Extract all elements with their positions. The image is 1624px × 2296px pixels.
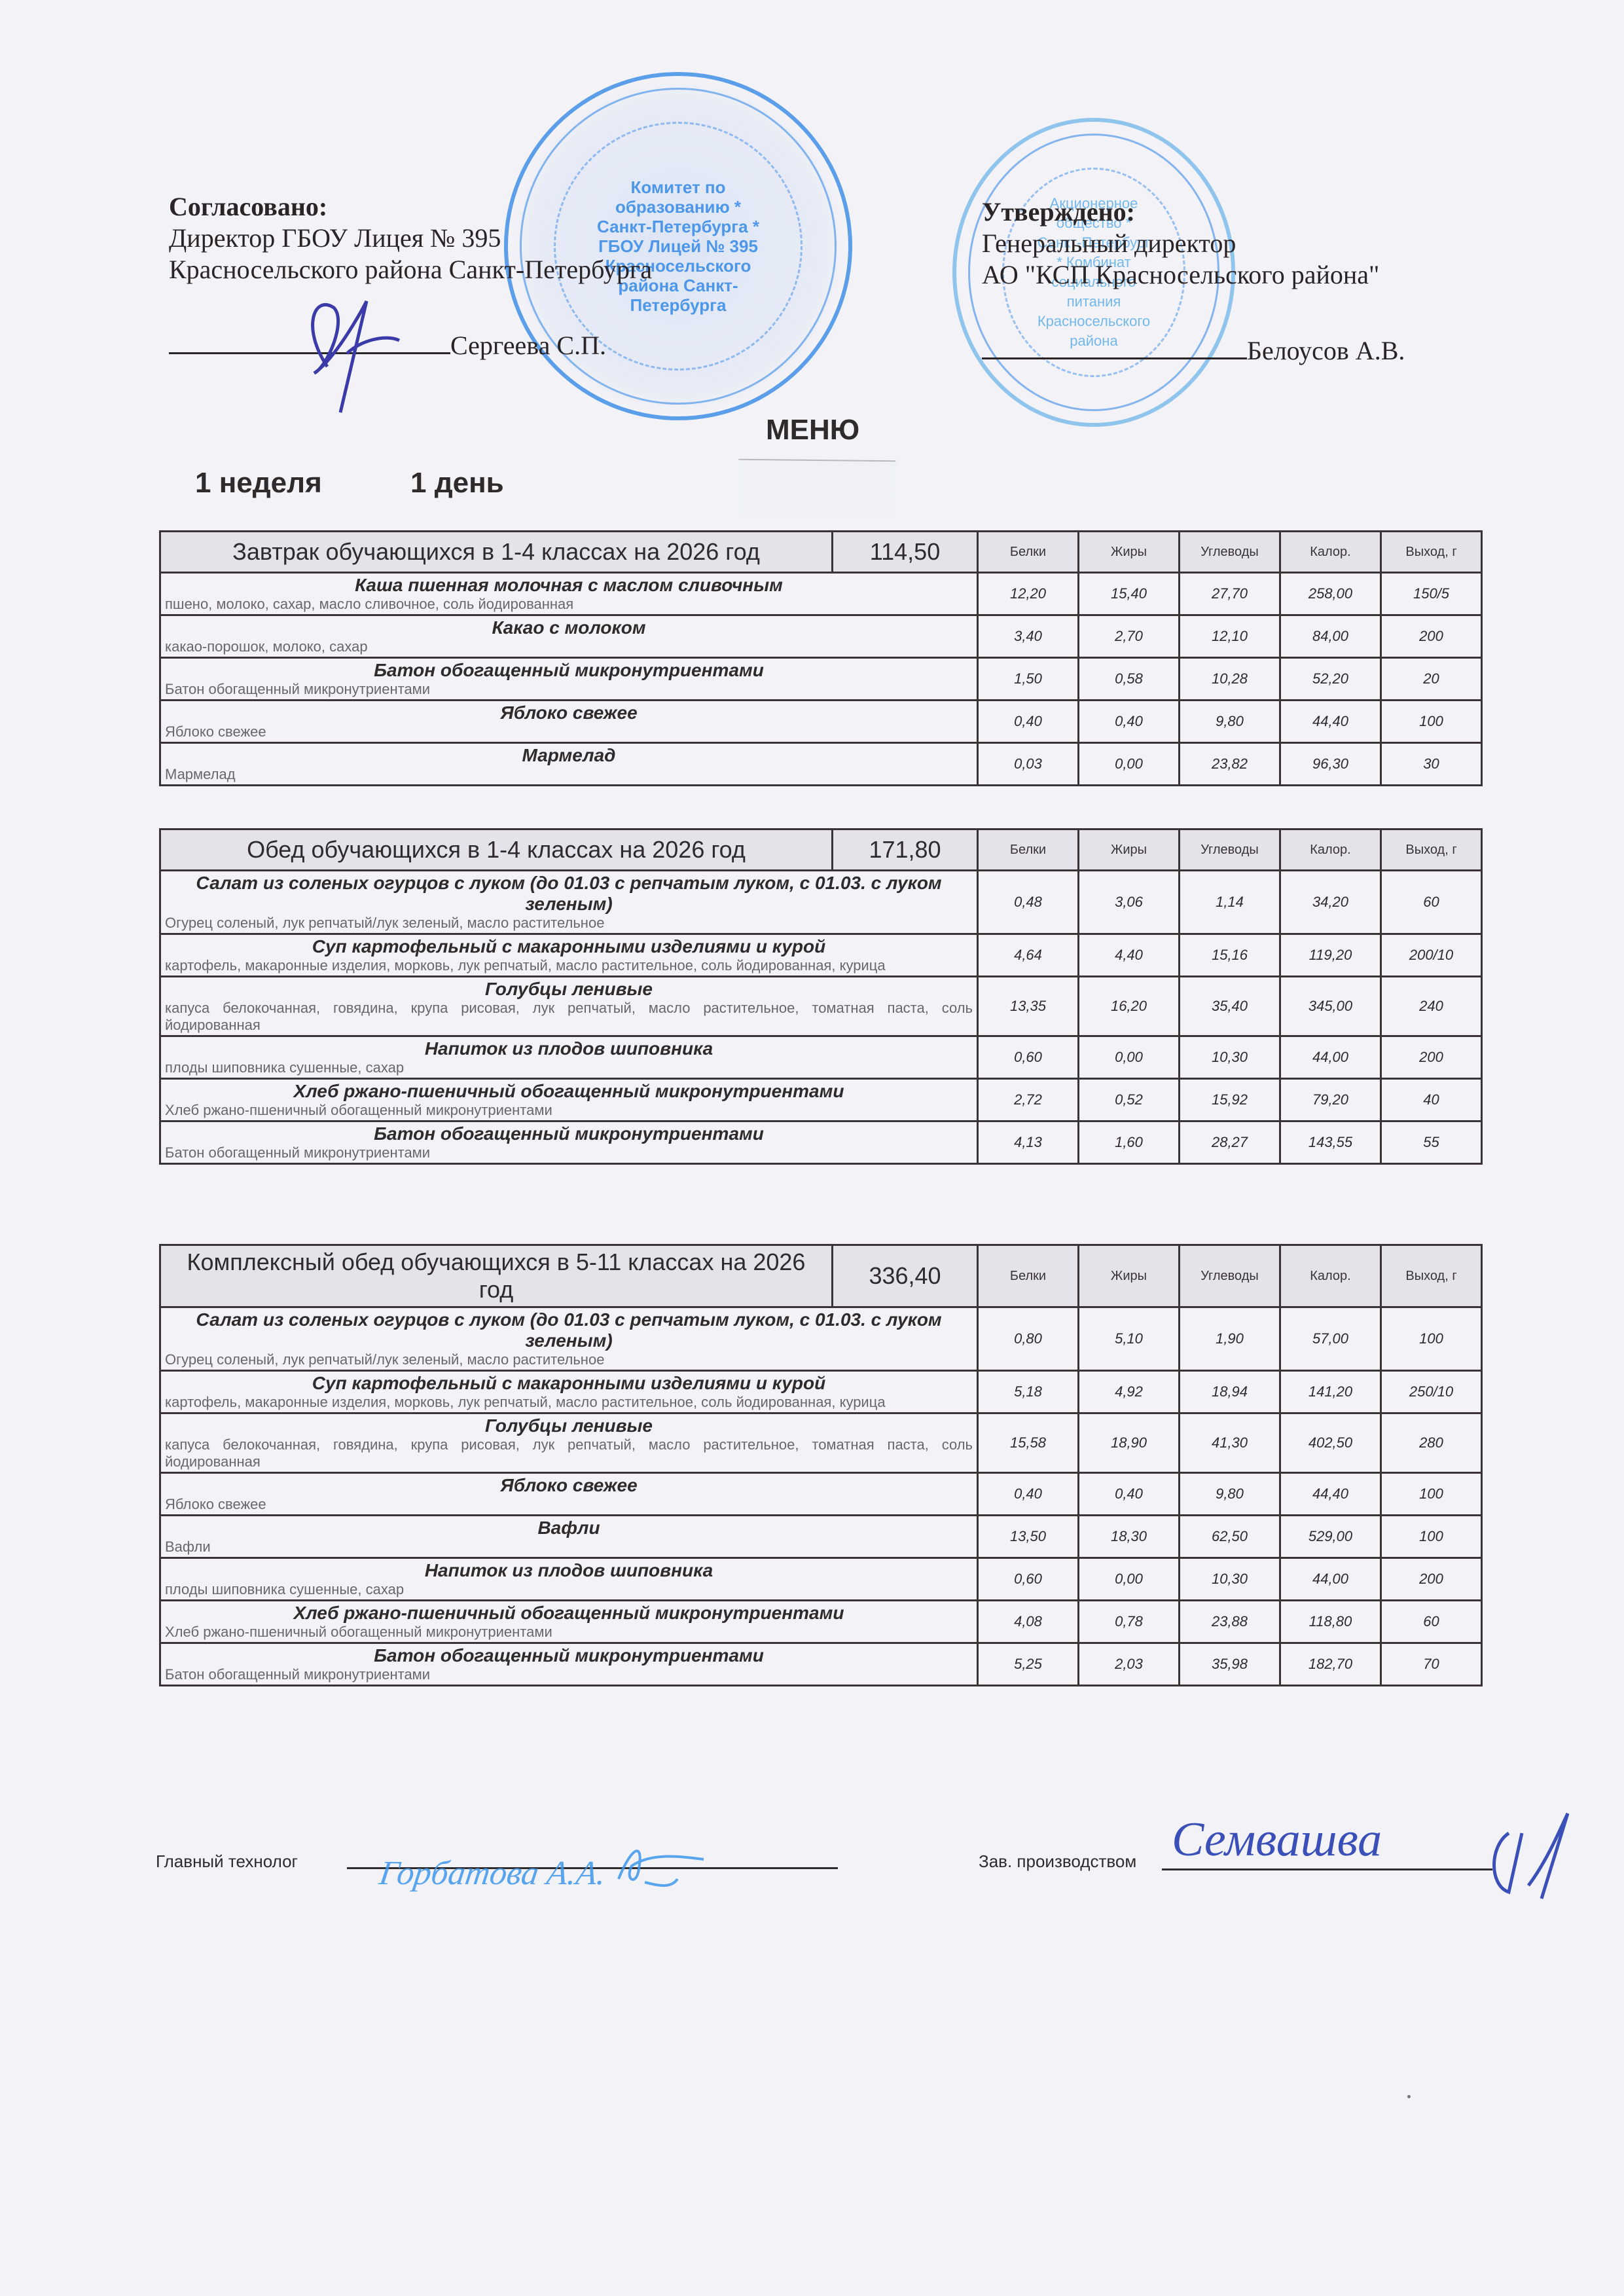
dish-kcal: 44,00 (1280, 1558, 1381, 1601)
dish-cell: Салат из соленых огурцов с луком (до 01.… (160, 871, 978, 934)
meal-price: 171,80 (833, 829, 978, 871)
dish-name: Батон обогащенный микронутриентами (165, 1123, 973, 1144)
dish-protein: 5,25 (978, 1643, 1079, 1686)
dish-fat: 5,10 (1079, 1307, 1180, 1371)
dish-carbs: 9,80 (1180, 1473, 1280, 1516)
dish-fat: 0,40 (1079, 701, 1180, 743)
column-header: Белки (978, 532, 1079, 573)
dish-ingredients: плоды шиповника сушенные, сахар (165, 1059, 973, 1076)
approval-left-position: Директор ГБОУ Лицея № 395 (169, 223, 652, 254)
dish-row: Батон обогащенный микронутриентамиБатон … (160, 1643, 1482, 1686)
dish-kcal: 402,50 (1280, 1413, 1381, 1473)
meal-table-breakfast: Завтрак обучающихся в 1-4 классах на 202… (159, 530, 1483, 786)
dish-fat: 4,92 (1079, 1371, 1180, 1413)
dish-ingredients: капуса белокочанная, говядина, крупа рис… (165, 1000, 973, 1034)
dish-name: Хлеб ржано-пшеничный обогащенный микрону… (165, 1081, 973, 1102)
dish-cell: Напиток из плодов шиповникаплоды шиповни… (160, 1558, 978, 1601)
approval-right-heading: Утверждено: (982, 196, 1405, 228)
dish-protein: 2,72 (978, 1079, 1079, 1121)
dish-cell: ВафлиВафли (160, 1516, 978, 1558)
dish-name: Батон обогащенный микронутриентами (165, 660, 973, 681)
dish-fat: 18,30 (1079, 1516, 1180, 1558)
dish-kcal: 44,40 (1280, 701, 1381, 743)
dish-cell: Яблоко свежееЯблоко свежее (160, 701, 978, 743)
dish-protein: 0,03 (978, 743, 1079, 786)
dish-yield: 200 (1381, 1558, 1482, 1601)
meal-price: 336,40 (833, 1245, 978, 1307)
dish-ingredients: Вафли (165, 1539, 973, 1556)
approval-left-organization: Красносельского района Санкт-Петербурга (169, 254, 652, 285)
dish-kcal: 143,55 (1280, 1121, 1381, 1164)
dish-yield: 200 (1381, 1036, 1482, 1079)
meal-header-row: Комплексный обед обучающихся в 5-11 клас… (160, 1245, 1482, 1307)
dish-cell: Батон обогащенный микронутриентамиБатон … (160, 1643, 978, 1686)
dish-name: Хлеб ржано-пшеничный обогащенный микрону… (165, 1603, 973, 1624)
dish-protein: 13,50 (978, 1516, 1079, 1558)
dish-row: Суп картофельный с макаронными изделиями… (160, 934, 1482, 977)
dish-kcal: 141,20 (1280, 1371, 1381, 1413)
scan-speck (1407, 2095, 1411, 2098)
dish-ingredients: Яблоко свежее (165, 1496, 973, 1513)
dish-row: Салат из соленых огурцов с луком (до 01.… (160, 1307, 1482, 1371)
approval-right-position: Генеральный директор (982, 228, 1405, 259)
dish-carbs: 1,90 (1180, 1307, 1280, 1371)
dish-carbs: 1,14 (1180, 871, 1280, 934)
column-header: Выход, г (1381, 532, 1482, 573)
dish-protein: 0,60 (978, 1036, 1079, 1079)
dish-ingredients: Батон обогащенный микронутриентами (165, 1666, 973, 1683)
dish-row: Хлеб ржано-пшеничный обогащенный микрону… (160, 1079, 1482, 1121)
chief-technologist-name-stamp: Горбатова А.А. (377, 1854, 609, 1893)
dish-cell: Голубцы ленивыекапуса белокочанная, говя… (160, 1413, 978, 1473)
dish-row: Хлеб ржано-пшеничный обогащенный микрону… (160, 1601, 1482, 1643)
approval-left-heading: Согласовано: (169, 191, 652, 223)
dish-ingredients: Огурец соленый, лук репчатый/лук зеленый… (165, 915, 973, 932)
column-header: Жиры (1079, 829, 1180, 871)
day-label: 1 день (410, 467, 504, 500)
dish-protein: 13,35 (978, 977, 1079, 1036)
dish-fat: 0,40 (1079, 1473, 1180, 1516)
dish-row: Каша пшенная молочная с маслом сливочным… (160, 573, 1482, 615)
dish-kcal: 182,70 (1280, 1643, 1381, 1686)
meal-header-row: Завтрак обучающихся в 1-4 классах на 202… (160, 532, 1482, 573)
dish-kcal: 96,30 (1280, 743, 1381, 786)
dish-kcal: 258,00 (1280, 573, 1381, 615)
dish-cell: Яблоко свежееЯблоко свежее (160, 1473, 978, 1516)
dish-protein: 0,48 (978, 871, 1079, 934)
dish-name: Голубцы ленивые (165, 979, 973, 1000)
column-header: Жиры (1079, 532, 1180, 573)
dish-ingredients: картофель, макаронные изделия, морковь, … (165, 1394, 973, 1411)
dish-name: Вафли (165, 1518, 973, 1539)
week-label: 1 неделя (195, 467, 322, 500)
dish-kcal: 84,00 (1280, 615, 1381, 658)
approval-block-left: Согласовано: Директор ГБОУ Лицея № 395 К… (169, 191, 652, 361)
dish-fat: 16,20 (1079, 977, 1180, 1036)
dish-yield: 60 (1381, 871, 1482, 934)
dish-row: Голубцы ленивыекапуса белокочанная, говя… (160, 1413, 1482, 1473)
approval-left-signatory: Сергеева С.П. (450, 331, 606, 360)
dish-protein: 3,40 (978, 615, 1079, 658)
dish-name: Батон обогащенный микронутриентами (165, 1645, 973, 1666)
dish-ingredients: Яблоко свежее (165, 723, 973, 740)
meal-header-row: Обед обучающихся в 1-4 классах на 2026 г… (160, 829, 1482, 871)
dish-carbs: 28,27 (1180, 1121, 1280, 1164)
dish-kcal: 345,00 (1280, 977, 1381, 1036)
dish-yield: 55 (1381, 1121, 1482, 1164)
dish-yield: 200/10 (1381, 934, 1482, 977)
dish-name: Яблоко свежее (165, 1475, 973, 1496)
dish-fat: 0,00 (1079, 743, 1180, 786)
dish-yield: 280 (1381, 1413, 1482, 1473)
meal-title: Завтрак обучающихся в 1-4 классах на 202… (160, 532, 833, 573)
dish-name: Суп картофельный с макаронными изделиями… (165, 1373, 973, 1394)
column-header: Калор. (1280, 1245, 1381, 1307)
dish-name: Каша пшенная молочная с маслом сливочным (165, 575, 973, 596)
dish-cell: Батон обогащенный микронутриентамиБатон … (160, 658, 978, 701)
dish-fat: 2,70 (1079, 615, 1180, 658)
dish-row: Суп картофельный с макаронными изделиями… (160, 1371, 1482, 1413)
column-header: Выход, г (1381, 1245, 1482, 1307)
dish-ingredients: плоды шиповника сушенные, сахар (165, 1581, 973, 1598)
dish-cell: Какао с молокомкакао-порошок, молоко, са… (160, 615, 978, 658)
production-head-label: Зав. производством (979, 1851, 1136, 1872)
dish-yield: 100 (1381, 1516, 1482, 1558)
dish-kcal: 119,20 (1280, 934, 1381, 977)
dish-fat: 18,90 (1079, 1413, 1180, 1473)
dish-row: Яблоко свежееЯблоко свежее0,400,409,8044… (160, 701, 1482, 743)
dish-protein: 0,80 (978, 1307, 1079, 1371)
dish-row: Напиток из плодов шиповникаплоды шиповни… (160, 1036, 1482, 1079)
dish-row: Яблоко свежееЯблоко свежее0,400,409,8044… (160, 1473, 1482, 1516)
chief-technologist-label: Главный технолог (156, 1851, 298, 1872)
dish-carbs: 18,94 (1180, 1371, 1280, 1413)
dish-kcal: 57,00 (1280, 1307, 1381, 1371)
production-head-initials-icon (1483, 1807, 1574, 1905)
production-head-signature-line (1162, 1868, 1492, 1870)
dish-row: Напиток из плодов шиповникаплоды шиповни… (160, 1558, 1482, 1601)
dish-name: Какао с молоком (165, 617, 973, 638)
dish-protein: 12,20 (978, 573, 1079, 615)
dish-fat: 0,52 (1079, 1079, 1180, 1121)
column-header: Углеводы (1180, 532, 1280, 573)
dish-cell: Суп картофельный с макаронными изделиями… (160, 1371, 978, 1413)
dish-yield: 100 (1381, 1307, 1482, 1371)
dish-kcal: 52,20 (1280, 658, 1381, 701)
dish-ingredients: картофель, макаронные изделия, морковь, … (165, 957, 973, 974)
dish-ingredients: Мармелад (165, 766, 973, 783)
dish-carbs: 12,10 (1180, 615, 1280, 658)
dish-yield: 250/10 (1381, 1371, 1482, 1413)
dish-protein: 4,13 (978, 1121, 1079, 1164)
dish-fat: 3,06 (1079, 871, 1180, 934)
dish-yield: 240 (1381, 977, 1482, 1036)
dish-name: Мармелад (165, 745, 973, 766)
dish-kcal: 79,20 (1280, 1079, 1381, 1121)
dish-carbs: 10,28 (1180, 658, 1280, 701)
approval-right-signatory: Белоусов А.В. (1247, 336, 1405, 365)
dish-protein: 4,64 (978, 934, 1079, 977)
dish-row: Батон обогащенный микронутриентамиБатон … (160, 658, 1482, 701)
dish-cell: Каша пшенная молочная с маслом сливочным… (160, 573, 978, 615)
column-header: Белки (978, 829, 1079, 871)
column-header: Жиры (1079, 1245, 1180, 1307)
chief-technologist-signature-icon (605, 1833, 710, 1892)
dish-ingredients: капуса белокочанная, говядина, крупа рис… (165, 1436, 973, 1470)
meal-price: 114,50 (833, 532, 978, 573)
dish-cell: МармеладМармелад (160, 743, 978, 786)
column-header: Углеводы (1180, 829, 1280, 871)
dish-carbs: 62,50 (1180, 1516, 1280, 1558)
dish-name: Салат из соленых огурцов с луком (до 01.… (165, 1309, 973, 1351)
dish-row: Салат из соленых огурцов с луком (до 01.… (160, 871, 1482, 934)
dish-yield: 100 (1381, 1473, 1482, 1516)
dish-name: Суп картофельный с макаронными изделиями… (165, 936, 973, 957)
dish-cell: Хлеб ржано-пшеничный обогащенный микрону… (160, 1079, 978, 1121)
dish-carbs: 27,70 (1180, 573, 1280, 615)
dish-ingredients: какао-порошок, молоко, сахар (165, 638, 973, 655)
dish-protein: 15,58 (978, 1413, 1079, 1473)
page-title: МЕНЮ (766, 414, 859, 446)
dish-row: Голубцы ленивыекапуса белокочанная, говя… (160, 977, 1482, 1036)
dish-name: Голубцы ленивые (165, 1415, 973, 1436)
dish-row: Батон обогащенный микронутриентамиБатон … (160, 1121, 1482, 1164)
dish-yield: 200 (1381, 615, 1482, 658)
dish-yield: 60 (1381, 1601, 1482, 1643)
dish-carbs: 15,16 (1180, 934, 1280, 977)
dish-fat: 0,00 (1079, 1558, 1180, 1601)
meal-title: Обед обучающихся в 1-4 классах на 2026 г… (160, 829, 833, 871)
dish-kcal: 529,00 (1280, 1516, 1381, 1558)
dish-cell: Суп картофельный с макаронными изделиями… (160, 934, 978, 977)
dish-yield: 20 (1381, 658, 1482, 701)
dish-row: Какао с молокомкакао-порошок, молоко, са… (160, 615, 1482, 658)
dish-fat: 1,60 (1079, 1121, 1180, 1164)
dish-ingredients: Хлеб ржано-пшеничный обогащенный микрону… (165, 1102, 973, 1119)
column-header: Выход, г (1381, 829, 1482, 871)
production-head-signature: Семвашва (1172, 1812, 1382, 1868)
dish-carbs: 35,98 (1180, 1643, 1280, 1686)
dish-kcal: 34,20 (1280, 871, 1381, 934)
dish-carbs: 23,88 (1180, 1601, 1280, 1643)
dish-yield: 40 (1381, 1079, 1482, 1121)
dish-fat: 0,58 (1079, 658, 1180, 701)
dish-cell: Голубцы ленивыекапуса белокочанная, говя… (160, 977, 978, 1036)
dish-carbs: 41,30 (1180, 1413, 1280, 1473)
column-header: Калор. (1280, 532, 1381, 573)
dish-ingredients: Огурец соленый, лук репчатый/лук зеленый… (165, 1351, 973, 1368)
dish-protein: 0,40 (978, 1473, 1079, 1516)
dish-row: МармеладМармелад0,030,0023,8296,3030 (160, 743, 1482, 786)
dish-carbs: 10,30 (1180, 1558, 1280, 1601)
dish-fat: 4,40 (1079, 934, 1180, 977)
dish-kcal: 44,00 (1280, 1036, 1381, 1079)
dish-cell: Хлеб ржано-пшеничный обогащенный микрону… (160, 1601, 978, 1643)
dish-protein: 0,40 (978, 701, 1079, 743)
dish-yield: 70 (1381, 1643, 1482, 1686)
dish-fat: 2,03 (1079, 1643, 1180, 1686)
dish-ingredients: Хлеб ржано-пшеничный обогащенный микрону… (165, 1624, 973, 1641)
dish-yield: 30 (1381, 743, 1482, 786)
dish-fat: 15,40 (1079, 573, 1180, 615)
dish-kcal: 44,40 (1280, 1473, 1381, 1516)
signature-line-right (982, 333, 1247, 359)
column-header: Углеводы (1180, 1245, 1280, 1307)
meal-title: Комплексный обед обучающихся в 5-11 клас… (160, 1245, 833, 1307)
signature-line-left (169, 327, 450, 354)
dish-protein: 5,18 (978, 1371, 1079, 1413)
dish-cell: Напиток из плодов шиповникаплоды шиповни… (160, 1036, 978, 1079)
approval-right-organization: АО "КСП Красносельского района" (982, 259, 1405, 291)
dish-name: Напиток из плодов шиповника (165, 1038, 973, 1059)
dish-protein: 1,50 (978, 658, 1079, 701)
meal-table-lunch-1-4: Обед обучающихся в 1-4 классах на 2026 г… (159, 828, 1483, 1165)
dish-carbs: 15,92 (1180, 1079, 1280, 1121)
dish-carbs: 35,40 (1180, 977, 1280, 1036)
dish-ingredients: Батон обогащенный микронутриентами (165, 681, 973, 698)
dish-carbs: 23,82 (1180, 743, 1280, 786)
dish-yield: 150/5 (1381, 573, 1482, 615)
dish-protein: 4,08 (978, 1601, 1079, 1643)
dish-protein: 0,60 (978, 1558, 1079, 1601)
column-header: Калор. (1280, 829, 1381, 871)
dish-ingredients: Батон обогащенный микронутриентами (165, 1144, 973, 1161)
approval-block-right: Утверждено: Генеральный директор АО "КСП… (982, 196, 1405, 367)
column-header: Белки (978, 1245, 1079, 1307)
dish-kcal: 118,80 (1280, 1601, 1381, 1643)
dish-carbs: 10,30 (1180, 1036, 1280, 1079)
dish-name: Напиток из плодов шиповника (165, 1560, 973, 1581)
meal-table-complex-lunch-5-11: Комплексный обед обучающихся в 5-11 клас… (159, 1244, 1483, 1686)
date-sticker (738, 459, 896, 519)
dish-fat: 0,78 (1079, 1601, 1180, 1643)
dish-carbs: 9,80 (1180, 701, 1280, 743)
dish-cell: Батон обогащенный микронутриентамиБатон … (160, 1121, 978, 1164)
dish-fat: 0,00 (1079, 1036, 1180, 1079)
dish-name: Салат из соленых огурцов с луком (до 01.… (165, 873, 973, 915)
dish-row: ВафлиВафли13,5018,3062,50529,00100 (160, 1516, 1482, 1558)
dish-ingredients: пшено, молоко, сахар, масло сливочное, с… (165, 596, 973, 613)
dish-name: Яблоко свежее (165, 702, 973, 723)
dish-yield: 100 (1381, 701, 1482, 743)
dish-cell: Салат из соленых огурцов с луком (до 01.… (160, 1307, 978, 1371)
